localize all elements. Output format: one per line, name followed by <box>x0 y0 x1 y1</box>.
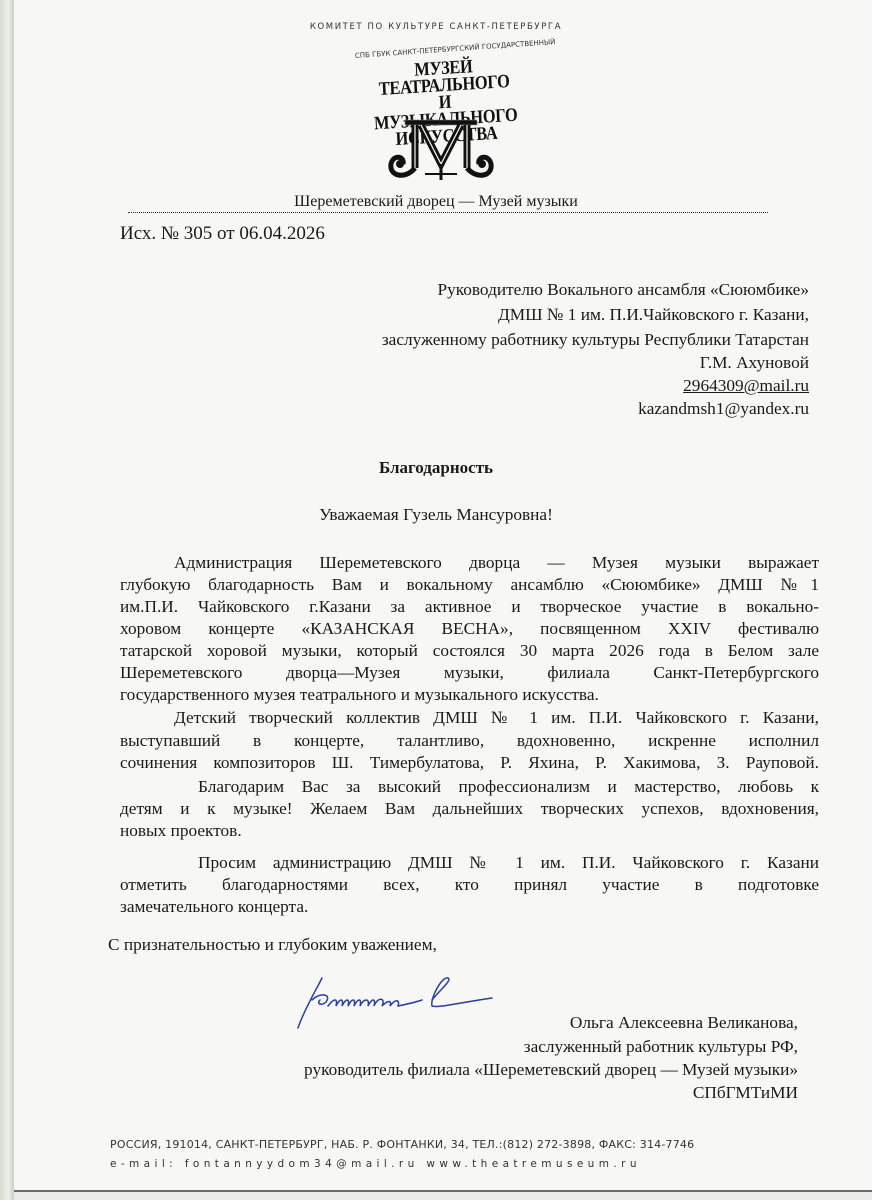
footer-contacts: e-mail: fontannyydom34@mail.ru www.theat… <box>110 1158 641 1170</box>
signatory-title: заслуженный работник культуры РФ, <box>524 1037 798 1057</box>
outgoing-number: Исх. № 305 от 06.04.2026 <box>120 223 325 245</box>
addressee-line: заслуженному работнику культуры Республи… <box>382 330 809 350</box>
addressee-email-link[interactable]: 2964309@mail.ru <box>683 376 809 396</box>
signatory-org: СПбГМТиМИ <box>693 1083 798 1103</box>
body-line: отметить благодарностями всех, кто приня… <box>120 875 819 895</box>
salutation: Уважаемая Гузель Мансуровна! <box>0 505 872 525</box>
body-line: государственного музея театрального и му… <box>120 685 819 705</box>
body-line: Просим администрацию ДМШ № 1 им. П.И. Ча… <box>120 853 819 873</box>
body-line: татарской хоровой музыки, который состоя… <box>120 641 819 661</box>
addressee-line: ДМШ № 1 им. П.И.Чайковского г. Казани, <box>498 305 809 325</box>
signatory-name: Ольга Алексеевна Великанова, <box>570 1013 798 1033</box>
letter-title: Благодарность <box>0 458 872 478</box>
committee-header: КОМИТЕТ ПО КУЛЬТУРЕ САНКТ-ПЕТЕРБУРГА <box>0 22 872 32</box>
handwritten-signature <box>292 970 522 1032</box>
body-line: глубокую благодарность Вам и вокальному … <box>120 575 819 595</box>
footer-address: РОССИЯ, 191014, САНКТ-ПЕТЕРБУРГ, НАБ. Р.… <box>110 1138 694 1151</box>
body-line: Благодарим Вас за высокий профессионализ… <box>120 777 819 797</box>
signatory-position: руководитель филиала «Шереметевский двор… <box>304 1060 798 1080</box>
monogram-m-logo-icon <box>385 118 497 182</box>
addressee-line: Г.М. Ахуновой <box>700 353 809 373</box>
scan-edge-strip <box>0 0 14 1200</box>
body-line: хоровом концерте «КАЗАНСКАЯ ВЕСНА», посв… <box>120 619 819 639</box>
body-line: сочинения композиторов Ш. Тимербулатова,… <box>120 753 819 773</box>
addressee-line: Руководителю Вокального ансамбля «Сююмби… <box>437 280 809 300</box>
branch-name: Шереметевский дворец — Музей музыки <box>0 193 872 211</box>
body-line: замечательного концерта. <box>120 897 819 917</box>
body-line: Шереметевского дворца—Музея музыки, фили… <box>120 663 819 683</box>
closing-phrase: С признательностью и глубоким уважением, <box>108 935 437 955</box>
divider <box>128 212 768 213</box>
body-line: Детский творческий коллектив ДМШ № 1 им.… <box>120 708 819 728</box>
body-line: им.П.И. Чайковского г.Казани за активное… <box>120 597 819 617</box>
body-line: новых проектов. <box>120 821 819 841</box>
body-line: Администрация Шереметевского дворца — Му… <box>120 553 819 573</box>
body-line: детям и к музыке! Желаем Вам дальнейших … <box>120 799 819 819</box>
body-line: выступавший в концерте, талантливо, вдох… <box>120 731 819 751</box>
addressee-email: kazandmsh1@yandex.ru <box>638 399 809 419</box>
